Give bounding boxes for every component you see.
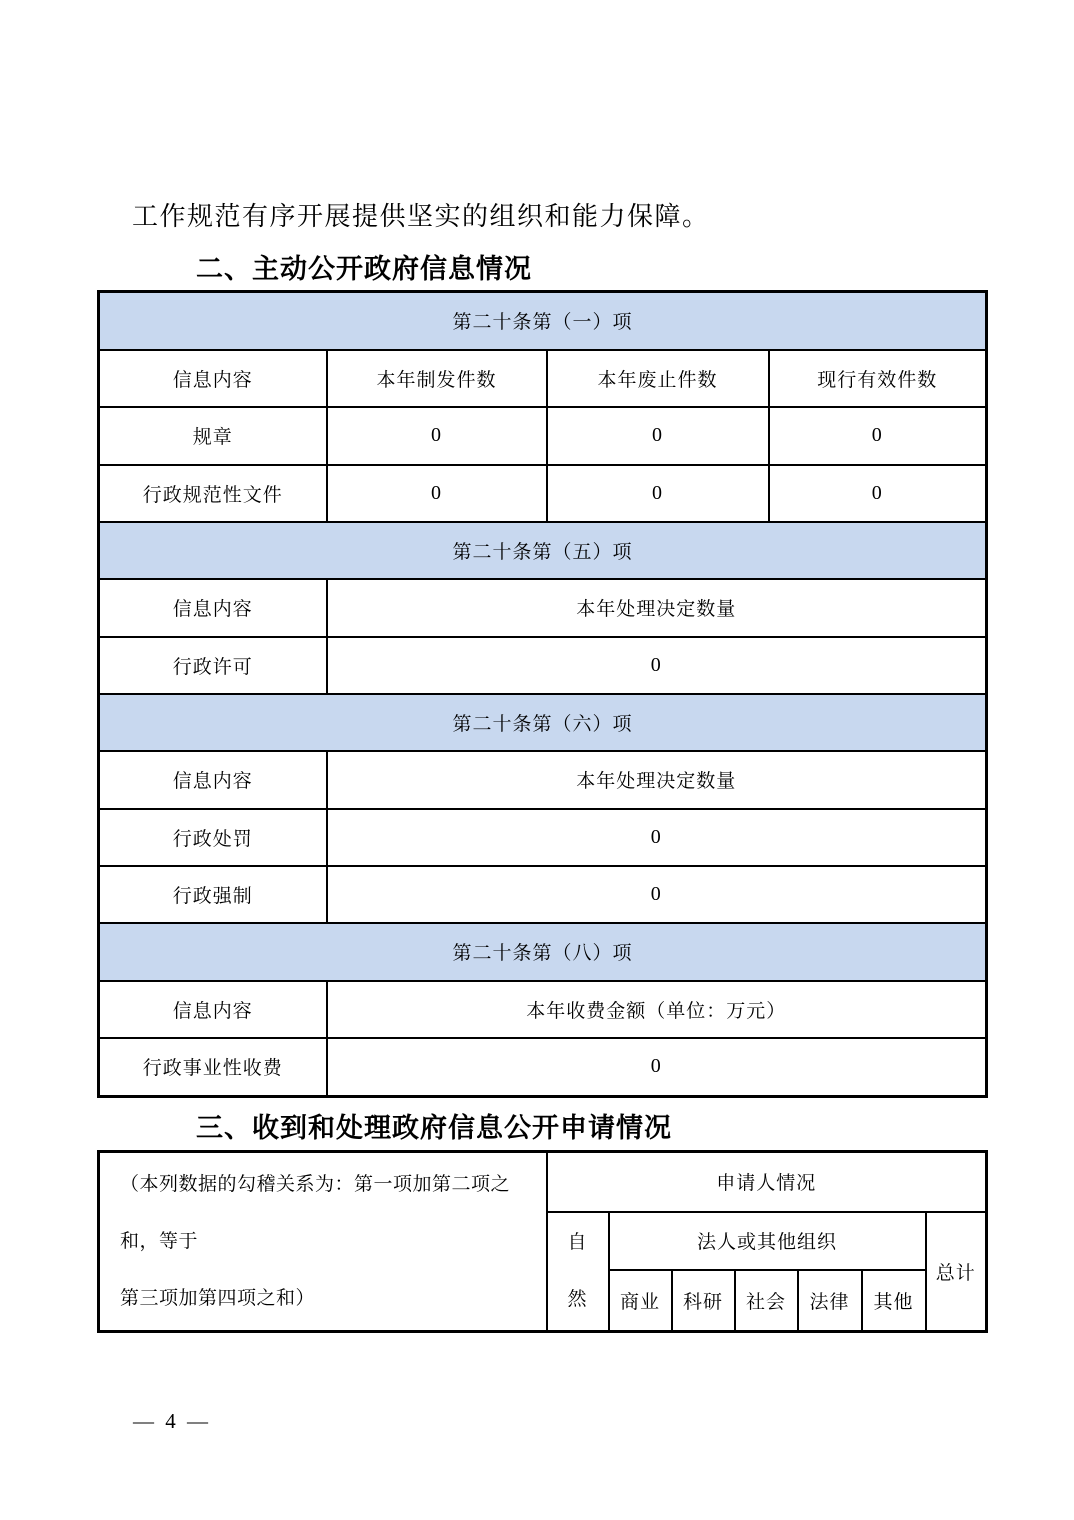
section-heading-active-disclosure: 二、主动公开政府信息情况 [196,247,532,286]
table-row-admin-penalty: 行政处罚 0 [99,809,987,866]
subcol-header-social: 社会 [735,1270,798,1332]
requests-table-row1: （本列数据的勾稽关系为：第一项加第二项之和，等于 第三项加第四项之和） 申请人情… [99,1152,987,1212]
natural-person-line: 然 [548,1271,608,1328]
value-cell: 0 [327,809,987,866]
page-number: — 4 — [133,1409,211,1434]
col-header-decisions: 本年处理决定数量 [327,751,987,808]
natural-person-header: 自 然 [547,1212,609,1332]
table-header-row: 信息内容 本年收费金额（单位：万元） [99,981,987,1038]
value-cell: 0 [769,465,987,522]
row-label: 规章 [99,407,327,464]
row-label: 行政强制 [99,866,327,923]
subcol-header-commercial: 商业 [609,1270,672,1332]
row-label: 行政规范性文件 [99,465,327,522]
value-cell: 0 [547,407,769,464]
active-disclosure-table: 第二十条第（一）项 信息内容 本年制发件数 本年废止件数 现行有效件数 规章 0… [97,290,988,1098]
value-cell: 0 [547,465,769,522]
col-header-info-content: 信息内容 [99,751,327,808]
table-band-row: 第二十条第（八）项 [99,923,987,980]
col-header-in-effect: 现行有效件数 [769,350,987,407]
value-cell: 0 [327,866,987,923]
table-row-admin-coercion: 行政强制 0 [99,866,987,923]
col-header-info-content: 信息内容 [99,981,327,1038]
legal-org-header: 法人或其他组织 [609,1212,926,1270]
note-line: 第三项加第四项之和） [120,1270,534,1327]
requests-table: （本列数据的勾稽关系为：第一项加第二项之和，等于 第三项加第四项之和） 申请人情… [97,1150,988,1333]
row-label: 行政许可 [99,637,327,694]
section-heading-requests: 三、收到和处理政府信息公开申请情况 [196,1106,672,1145]
value-cell: 0 [327,637,987,694]
col-header-info-content: 信息内容 [99,579,327,636]
subcol-header-legal: 法律 [798,1270,862,1332]
row-label: 行政事业性收费 [99,1038,327,1097]
table-row-normative-documents: 行政规范性文件 0 0 0 [99,465,987,522]
band-article20-item8: 第二十条第（八）项 [99,923,987,980]
table-row-admin-fees: 行政事业性收费 0 [99,1038,987,1097]
table-header-row: 信息内容 本年处理决定数量 [99,751,987,808]
band-article20-item5: 第二十条第（五）项 [99,522,987,579]
subcol-header-research: 科研 [672,1270,735,1332]
table-row-rules: 规章 0 0 0 [99,407,987,464]
table-header-row: 信息内容 本年制发件数 本年废止件数 现行有效件数 [99,350,987,407]
table-row-admin-licensing: 行政许可 0 [99,637,987,694]
col-header-fees: 本年收费金额（单位：万元） [327,981,987,1038]
document-page: 工作规范有序开展提供坚实的组织和能力保障。 二、主动公开政府信息情况 第二十条第… [0,0,1074,1520]
note-line: （本列数据的勾稽关系为：第一项加第二项之和，等于 [120,1156,534,1270]
band-article20-item1: 第二十条第（一）项 [99,292,987,350]
value-cell: 0 [327,465,547,522]
table-band-row: 第二十条第（五）项 [99,522,987,579]
value-cell: 0 [769,407,987,464]
col-header-repealed: 本年废止件数 [547,350,769,407]
band-article20-item6: 第二十条第（六）项 [99,694,987,751]
col-header-info-content: 信息内容 [99,350,327,407]
col-header-issued: 本年制发件数 [327,350,547,407]
reconciliation-note-cell: （本列数据的勾稽关系为：第一项加第二项之和，等于 第三项加第四项之和） [99,1152,547,1332]
value-cell: 0 [327,407,547,464]
table-band-row: 第二十条第（一）项 [99,292,987,350]
col-header-decisions: 本年处理决定数量 [327,579,987,636]
table-header-row: 信息内容 本年处理决定数量 [99,579,987,636]
intro-paragraph: 工作规范有序开展提供坚实的组织和能力保障。 [132,196,710,233]
row-label: 行政处罚 [99,809,327,866]
subcol-header-other: 其他 [862,1270,926,1332]
table-band-row: 第二十条第（六）项 [99,694,987,751]
value-cell: 0 [327,1038,987,1097]
total-header: 总计 [926,1212,987,1332]
natural-person-line: 自 [548,1214,608,1271]
applicant-status-header: 申请人情况 [547,1152,987,1212]
